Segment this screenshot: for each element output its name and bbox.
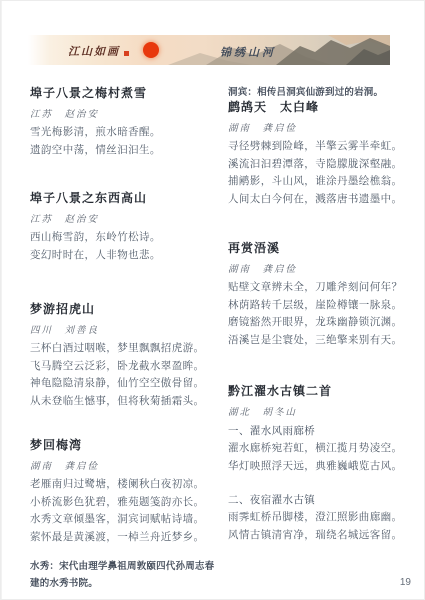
poem-author: 湖南 龚启俭 xyxy=(228,261,420,275)
seal-icon xyxy=(124,51,129,56)
poem-title: 再赏浯溪 xyxy=(228,239,420,256)
poem-author: 四川 刘善良 xyxy=(30,322,222,336)
left-column: 埠子八景之梅村煮雪 江苏 赵治安 雪光梅影清，煎水暗香醒。 遗韵空中荡，情丝汩汩… xyxy=(30,84,222,592)
poem-section-subtitle: 二、夜宿濯水古镇 xyxy=(228,491,420,509)
poem-section-subtitle: 一、濯水风雨廊桥 xyxy=(228,422,420,440)
header-banner: 江山如画 锦绣山河 xyxy=(28,35,390,65)
poem-title: 埠子八景之梅村煮雪 xyxy=(30,84,222,101)
poem-line: 从未登临生憾事，但将秋菊插霜头。 xyxy=(30,393,222,411)
right-column: 洞宾：相传吕洞宾仙游到过的岩洞。 鹧鸪天 太白峰 湖南 龚启俭 寻径劈棘到险峰，… xyxy=(228,84,420,544)
poem-zhegutian-taibaifeng: 鹧鸪天 太白峰 湖南 龚启俭 寻径劈棘到险峰，半擎云雾半牵虹。 溪流汩汩碧潭落，… xyxy=(228,98,420,208)
poem-meicun-zhuxue: 埠子八景之梅村煮雪 江苏 赵治安 雪光梅影清，煎水暗香醒。 遗韵空中荡，情丝汩汩… xyxy=(30,84,222,159)
page-number: 19 xyxy=(400,577,411,588)
poem-dongxi-gaoshan: 埠子八景之东西高山 江苏 赵治安 西山梅雪韵，东岭竹松诗。 变幻时时在，人非物也… xyxy=(30,189,222,264)
poem-title: 鹧鸪天 太白峰 xyxy=(228,98,420,115)
banner-calligraphy-left: 江山如画 xyxy=(68,43,120,59)
poem-title: 梦回梅湾 xyxy=(30,436,222,453)
poem-mengyou-zhaohushan: 梦游招虎山 四川 刘善良 三杯白酒过咽喉，梦里飘飘招虎游。 飞马腾空云泛彩，卧龙… xyxy=(30,300,222,410)
sun-icon xyxy=(143,42,159,58)
poem-line: 雨霁虹桥吊脚楼，澄江照影曲廊幽。 xyxy=(228,509,420,527)
poem-author: 湖北 胡冬山 xyxy=(228,404,420,418)
poem-author: 湖南 龚启俭 xyxy=(30,458,222,472)
poem-line: 浯溪岂是尘寰处，三绝擎来别有天。 xyxy=(228,332,420,350)
poem-line: 三杯白酒过咽喉，梦里飘飘招虎游。 xyxy=(30,340,222,358)
poem-author: 湖南 龚启俭 xyxy=(228,120,420,134)
poem-line: 捕鹇影，斗山风，谁涂丹墨绘樵翁。 xyxy=(228,173,420,191)
poem-title: 梦游招虎山 xyxy=(30,300,222,317)
poem-line: 濯水廊桥宛若虹，横江揽月势凌空。 xyxy=(228,440,420,458)
poem-line: 萦怀最是黄溪渡，一棹兰舟近梦乡。 xyxy=(30,529,222,547)
poem-line: 遗韵空中荡，情丝汩汩生。 xyxy=(30,142,222,160)
poem-line: 水秀文章倾墨客，洞宾词赋帖诗墙。 xyxy=(30,511,222,529)
poem-qianjiang-zhuoshui: 黔江濯水古镇二首 湖北 胡冬山 一、濯水风雨廊桥 濯水廊桥宛若虹，横江揽月势凌空… xyxy=(228,382,420,544)
poem-line: 贴壁文章辨未全，刀雕斧刻问何年？ xyxy=(228,279,420,297)
poem-author: 江苏 赵治安 xyxy=(30,106,222,120)
poem-menghui-meiwan: 梦回梅湾 湖南 龚启俭 老雁南归过鹭塘，楼阑秋白夜初凉。 小桥流影色犹碧，雅苑题… xyxy=(30,436,222,592)
poem-line: 溪流汩汩碧潭落，寺隐朦胧深壑融。 xyxy=(228,156,420,174)
poem-line: 小桥流影色犹碧，雅苑题笺韵亦长。 xyxy=(30,494,222,512)
footnote-shuixiu: 建的水秀书院。 xyxy=(30,576,222,593)
banner-calligraphy-center: 锦绣山河 xyxy=(220,44,276,60)
poem-title: 埠子八景之东西高山 xyxy=(30,189,222,206)
footnote-shuixiu: 水秀：宋代由理学鼻祖周敦颐四代孙周志春 xyxy=(30,559,222,576)
poem-line: 雪光梅影清，煎水暗香醒。 xyxy=(30,124,222,142)
poem-line: 寻径劈棘到险峰，半擎云雾半牵虹。 xyxy=(228,138,420,156)
book-page: 江山如画 锦绣山河 埠子八景之梅村煮雪 江苏 赵治安 雪光梅影清，煎水暗香醒。 … xyxy=(0,0,425,600)
poem-line: 华灯映照浮天远，典雅巍峨览古风。 xyxy=(228,458,420,476)
poem-line: 飞马腾空云泛彩，卧龙截水翠盈眸。 xyxy=(30,358,222,376)
poem-title: 黔江濯水古镇二首 xyxy=(228,382,420,399)
poem-line: 神龟隐隐清泉静，仙竹空空傲骨留。 xyxy=(30,375,222,393)
poem-line: 西山梅雪韵，东岭竹松诗。 xyxy=(30,229,222,247)
poem-line: 变幻时时在，人非物也悲。 xyxy=(30,247,222,265)
poem-line: 人间太白今何在，溅落唐书遗墨中。 xyxy=(228,191,420,209)
poem-line: 林荫路转千层级，崖险樽镶一脉泉。 xyxy=(228,297,420,315)
poem-line: 老雁南归过鹭塘，楼阑秋白夜初凉。 xyxy=(30,476,222,494)
poem-line: 磨镜豁然开眼界，龙珠幽静锁沉渊。 xyxy=(228,314,420,332)
poem-zaishang-wuxi: 再赏浯溪 湖南 龚启俭 贴壁文章辨未全，刀雕斧刻问何年？ 林荫路转千层级，崖险樽… xyxy=(228,239,420,349)
poem-author: 江苏 赵治安 xyxy=(30,211,222,225)
poem-line: 风情古镇清宵净，瑞绕名城远客留。 xyxy=(228,527,420,545)
footnote-dongbin: 洞宾：相传吕洞宾仙游到过的岩洞。 xyxy=(228,84,420,98)
